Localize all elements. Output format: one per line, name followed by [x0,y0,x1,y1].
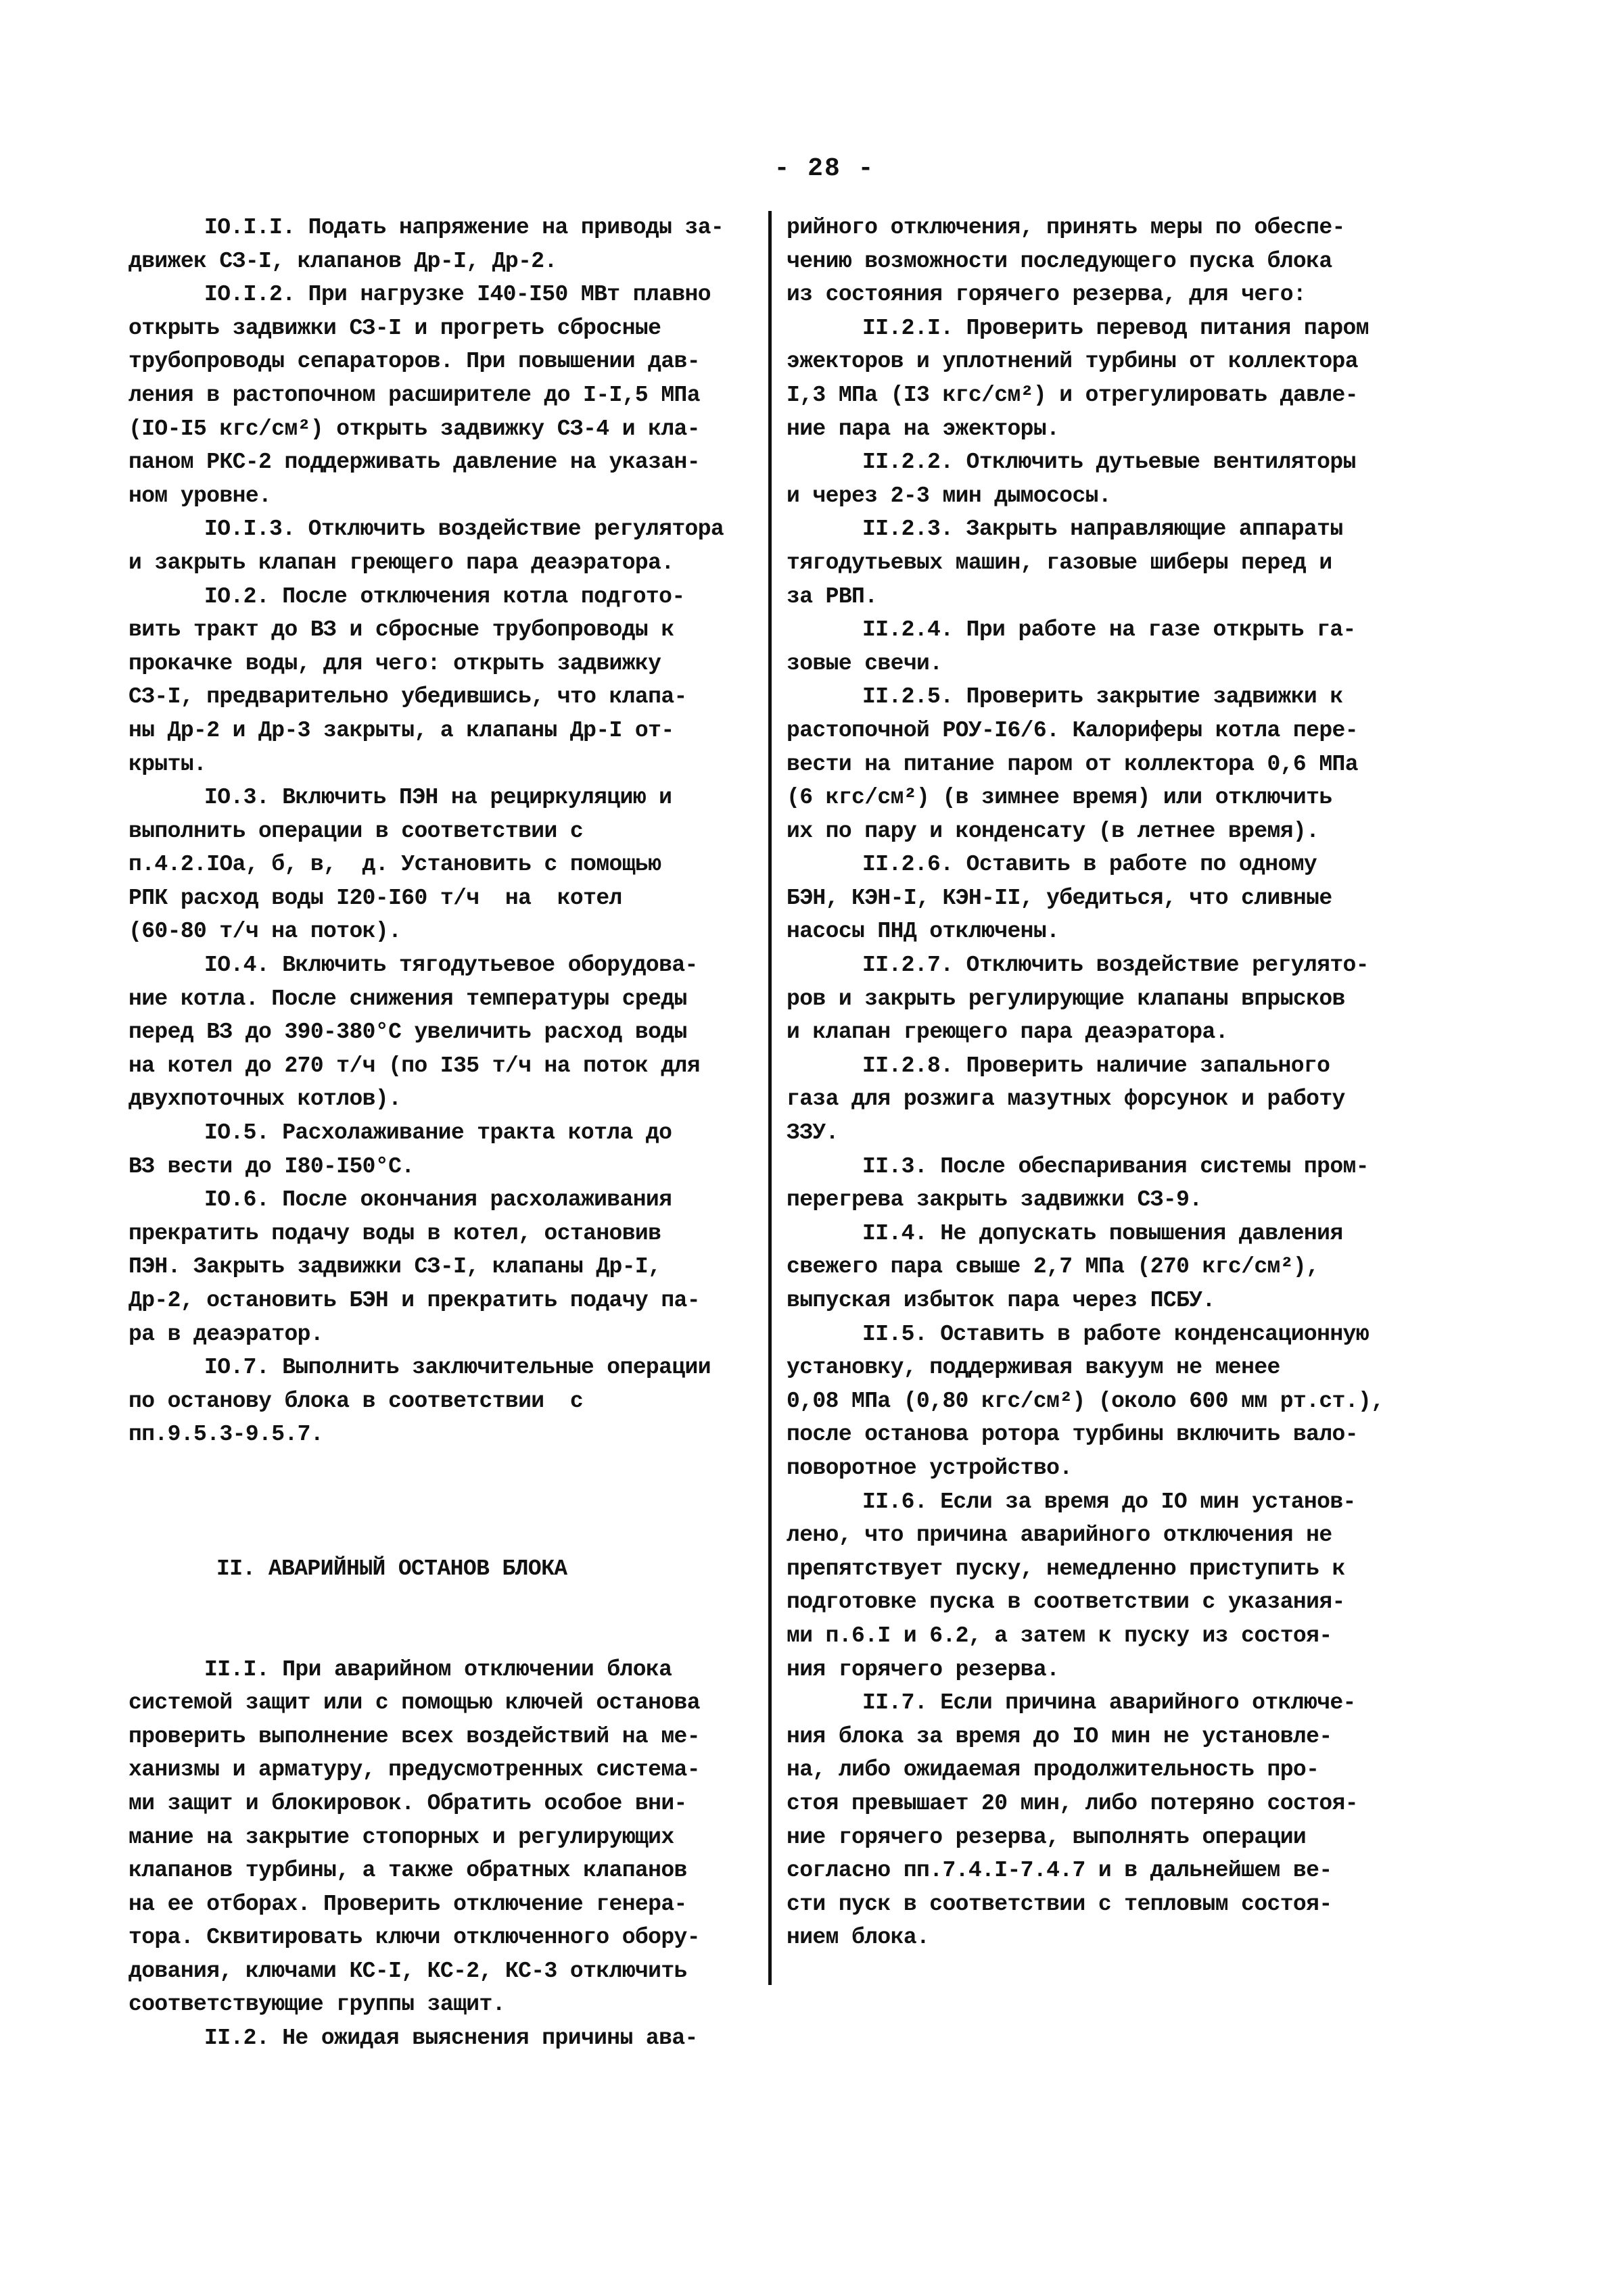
right-column-line: ров и закрыть регулирующие клапаны впрыс… [787,982,1476,1016]
left-column-line: ра в деаэратор. [128,1318,751,1352]
left-column-line: (IO-I5 кгс/см²) открыть задвижку СЗ-4 и … [128,412,751,446]
right-column-line: перегрева закрыть задвижки СЗ-9. [787,1183,1476,1217]
blank-spacer [128,1518,751,1552]
left-column-line: на котел до 270 т/ч (по I35 т/ч на поток… [128,1049,751,1083]
right-column-line: ние пара на эжекторы. [787,412,1476,446]
left-column-line: ние котла. После снижения температуры ср… [128,982,751,1016]
section-line: дования, ключами КС-I, КС-2, КС-3 отключ… [128,1955,751,1988]
section-heading: II. АВАРИЙНЫЙ ОСТАНОВ БЛОКА [128,1552,751,1586]
section-line: тора. Сквитировать ключи отключенного об… [128,1921,751,1955]
section-line: системой защит или с помощью ключей оста… [128,1686,751,1720]
left-column-line: СЗ-I, предварительно убедившись, что кла… [128,680,751,714]
right-column-line: лено, что причина аварийного отключения … [787,1518,1476,1552]
right-column-line: II.7. Если причина аварийного отключе- [787,1686,1476,1720]
left-column-line: прекратить подачу воды в котел, останови… [128,1217,751,1251]
right-column-line: после останова ротора турбины включить в… [787,1418,1476,1452]
right-column-line: сти пуск в соответствии с тепловым состо… [787,1888,1476,1921]
right-column-line: и клапан греющего пара деаэратора. [787,1015,1476,1049]
right-column-line: ния горячего резерва. [787,1653,1476,1687]
right-column-line: насосы ПНД отключены. [787,915,1476,949]
section-line: II.2. Не ожидая выяснения причины ава- [128,2022,751,2055]
right-column-line: ЗЗУ. [787,1116,1476,1150]
right-column-line: II.5. Оставить в работе конденсационную [787,1318,1476,1352]
right-column-line: их по пару и конденсату (в летнее время)… [787,815,1476,848]
right-column-line: БЭН, КЭН-I, КЭН-II, убедиться, что сливн… [787,882,1476,915]
right-column-line: ния блока за время до IO мин не установл… [787,1720,1476,1754]
right-column-line: ние горячего резерва, выполнять операции [787,1821,1476,1855]
blank-spacer [128,1485,751,1519]
left-column-line: движек СЗ-I, клапанов Др-I, Др-2. [128,245,751,279]
right-column-line: II.2.2. Отключить дутьевые вентиляторы [787,446,1476,479]
left-column-line: IO.3. Включить ПЭН на рециркуляцию и [128,781,751,815]
left-column-line: IO.I.2. При нагрузке I40-I50 МВт плавно [128,278,751,312]
right-column-line: II.4. Не допускать повышения давления [787,1217,1476,1251]
right-column-line: установку, поддерживая вакуум не менее [787,1351,1476,1385]
left-column-line: IO.2. После отключения котла подгото- [128,580,751,614]
left-column-line: двухпоточных котлов). [128,1082,751,1116]
left-column-line: IO.6. После окончания расхолаживания [128,1183,751,1217]
section-line: ми защит и блокировок. Обратить особое в… [128,1787,751,1821]
column-divider [768,211,772,1985]
left-column-line: перед ВЗ до 390-380°С увеличить расход в… [128,1015,751,1049]
right-column-line: стоя превышает 20 мин, либо потеряно сос… [787,1787,1476,1821]
right-column-line: II.2.I. Проверить перевод питания паром [787,312,1476,345]
left-column-line: пп.9.5.3-9.5.7. [128,1418,751,1452]
left-column-line: ны Др-2 и Др-3 закрыты, а клапаны Др-I о… [128,714,751,748]
right-column-line: свежего пара свыше 2,7 МПа (270 кгс/см²)… [787,1250,1476,1284]
right-column-line: эжекторов и уплотнений турбины от коллек… [787,345,1476,379]
right-column-line: зовые свечи. [787,647,1476,681]
left-column-line: РПК расход воды I20-I60 т/ч на котел [128,882,751,915]
left-column-line: прокачке воды, для чего: открыть задвижк… [128,647,751,681]
right-column-line: поворотное устройство. [787,1452,1476,1485]
right-column-line: подготовке пуска в соответствии с указан… [787,1585,1476,1619]
left-column-line: крыты. [128,748,751,782]
right-column-line: вести на питание паром от коллектора 0,6… [787,748,1476,782]
right-column-line: тягодутьевых машин, газовые шиберы перед… [787,546,1476,580]
left-column: IO.I.I. Подать напряжение на приводы за-… [128,211,751,2055]
right-column-line: газа для розжига мазутных форсунок и раб… [787,1082,1476,1116]
left-column-line: IO.4. Включить тягодутьевое оборудова- [128,949,751,982]
left-column-line: (60-80 т/ч на поток). [128,915,751,949]
left-column-line: IO.I.3. Отключить воздействие регулятора [128,512,751,546]
right-column-line: II.2.7. Отключить воздействие регулято- [787,949,1476,982]
right-column-line: из состояния горячего резерва, для чего: [787,278,1476,312]
right-column-line: и через 2-3 мин дымососы. [787,479,1476,513]
left-column-line: Др-2, остановить БЭН и прекратить подачу… [128,1284,751,1318]
right-column-line: чению возможности последующего пуска бло… [787,245,1476,279]
section-line: ханизмы и арматуру, предусмотренных сист… [128,1753,751,1787]
left-column-line: ном уровне. [128,479,751,513]
left-column-line: IO.5. Расхолаживание тракта котла до [128,1116,751,1150]
right-column-line: выпуская избыток пара через ПСБУ. [787,1284,1476,1318]
section-line: проверить выполнение всех воздействий на… [128,1720,751,1754]
right-column-line: рийного отключения, принять меры по обес… [787,211,1476,245]
section-line: клапанов турбины, а также обратных клапа… [128,1854,751,1888]
right-column-line: II.2.6. Оставить в работе по одному [787,848,1476,882]
right-column-line: II.2.3. Закрыть направляющие аппараты [787,512,1476,546]
left-column-line: и закрыть клапан греющего пара деаэратор… [128,546,751,580]
right-column-line: II.6. Если за время до IO мин установ- [787,1485,1476,1519]
section-line: мание на закрытие стопорных и регулирующ… [128,1821,751,1855]
left-column-line: выполнить операции в соответствии с [128,815,751,848]
page-number: - 28 - [0,154,1615,183]
right-column-line: (6 кгс/см²) (в зимнее время) или отключи… [787,781,1476,815]
right-column-line: 0,08 МПа (0,80 кгс/см²) (около 600 мм рт… [787,1385,1476,1418]
right-column-line: II.2.5. Проверить закрытие задвижки к [787,680,1476,714]
left-column-line: IO.7. Выполнить заключительные операции [128,1351,751,1385]
blank-spacer [128,1585,751,1619]
left-column-line: ления в растопочном расширителе до I-I,5… [128,379,751,412]
left-column-line: ПЭН. Закрыть задвижки СЗ-I, клапаны Др-I… [128,1250,751,1284]
left-column-line: трубопроводы сепараторов. При повышении … [128,345,751,379]
right-column-line: ми п.6.I и 6.2, а затем к пуску из состо… [787,1619,1476,1653]
left-column-line: паном РКС-2 поддерживать давление на ука… [128,446,751,479]
right-column-line: препятствует пуску, немедленно приступит… [787,1552,1476,1586]
right-column-line: за РВП. [787,580,1476,614]
section-line: на ее отборах. Проверить отключение гене… [128,1888,751,1921]
left-column-line: вить тракт до ВЗ и сбросные трубопроводы… [128,613,751,647]
section-line: II.I. При аварийном отключении блока [128,1653,751,1687]
right-column-line: согласно пп.7.4.I-7.4.7 и в дальнейшем в… [787,1854,1476,1888]
right-column: рийного отключения, принять меры по обес… [787,211,1476,1955]
right-column-line: I,3 МПа (I3 кгс/см²) и отрегулировать да… [787,379,1476,412]
left-column-line: по останову блока в соответствии с [128,1385,751,1418]
section-line: соответствующие группы защит. [128,1988,751,2022]
blank-spacer [128,1452,751,1485]
right-column-line: на, либо ожидаемая продолжительность про… [787,1753,1476,1787]
right-column-line: нием блока. [787,1921,1476,1955]
right-column-line: II.2.4. При работе на газе открыть га- [787,613,1476,647]
left-column-line: п.4.2.IOа, б, в, д. Установить с помощью [128,848,751,882]
right-column-line: растопочной РОУ-I6/6. Калориферы котла п… [787,714,1476,748]
left-column-line: IO.I.I. Подать напряжение на приводы за- [128,211,751,245]
left-column-line: открыть задвижки СЗ-I и прогреть сбросны… [128,312,751,345]
right-column-line: II.2.8. Проверить наличие запального [787,1049,1476,1083]
right-column-line: II.3. После обеспаривания системы пром- [787,1150,1476,1184]
left-column-line: ВЗ вести до I80-I50°С. [128,1150,751,1184]
blank-spacer [128,1619,751,1653]
